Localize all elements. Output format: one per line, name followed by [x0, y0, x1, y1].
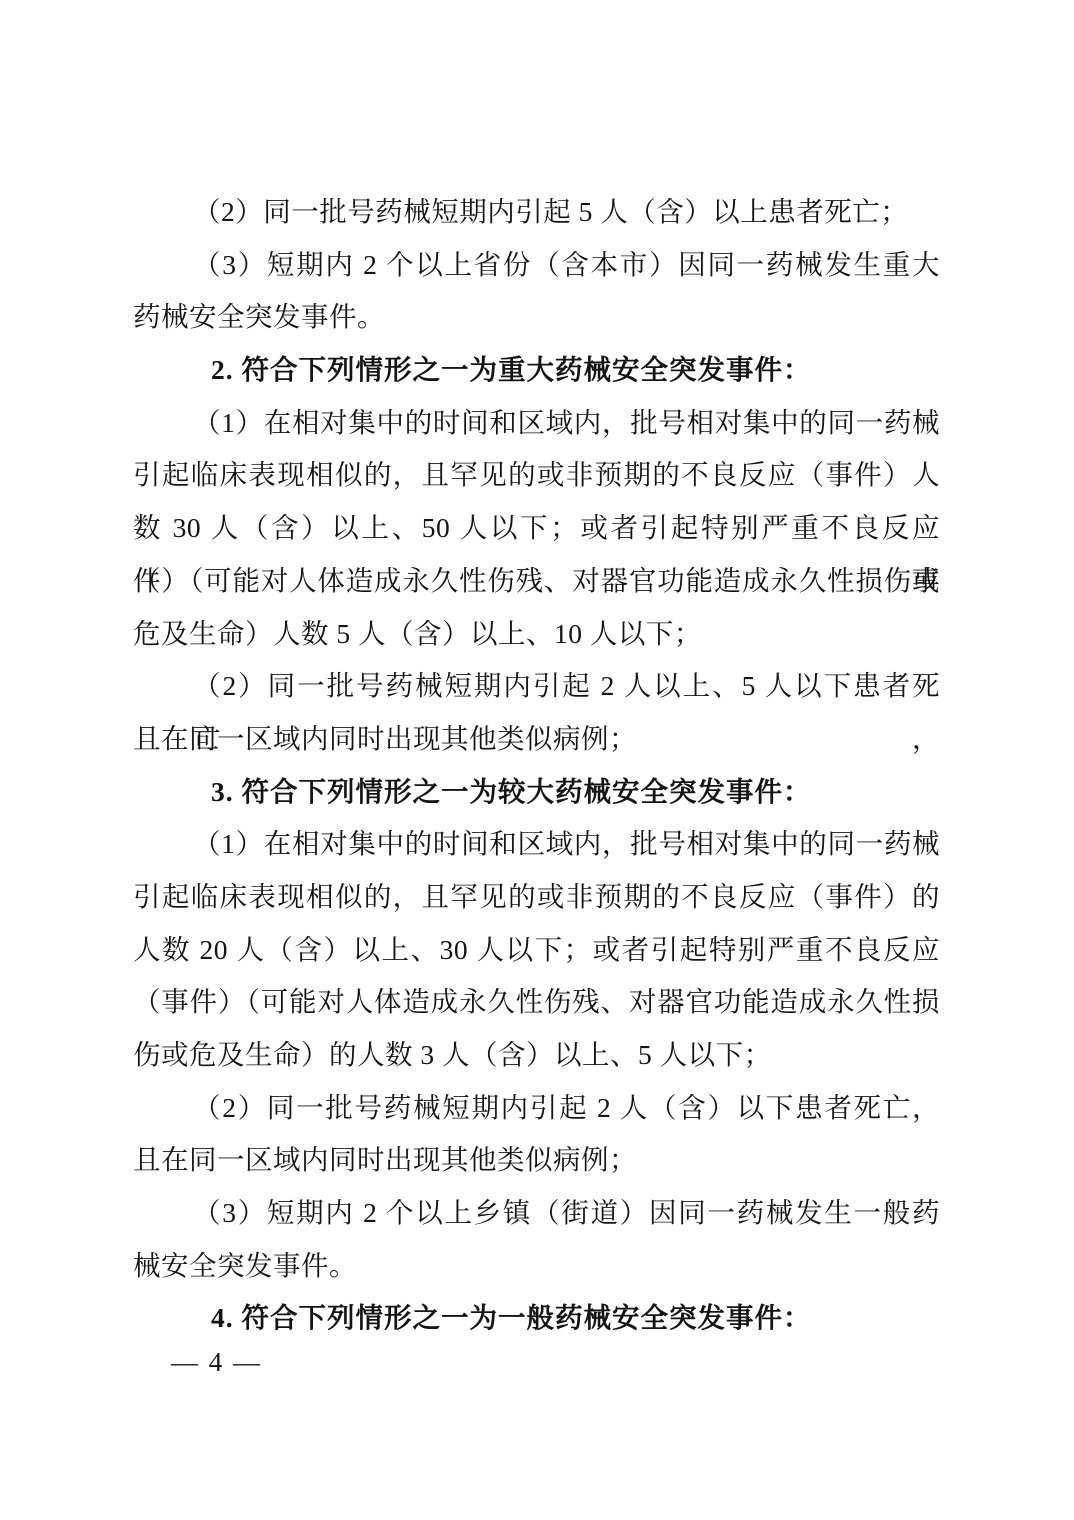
- section-heading: 4. 符合下列情形之一为一般药械安全突发事件：: [133, 1292, 940, 1345]
- text-line: 危及生命）人数 5 人（含）以上、10 人以下；: [133, 608, 940, 661]
- text-line: （2）同一批号药械短期内引起 2 人以上、5 人以下患者死亡，: [133, 660, 940, 713]
- text-line: 人数 20 人（含）以上、30 人以下；或者引起特别严重不良反应: [133, 924, 940, 977]
- text-line: （3）短期内 2 个以上乡镇（街道）因同一药械发生一般药: [133, 1187, 940, 1240]
- section-heading: 2. 符合下列情形之一为重大药械安全突发事件：: [133, 344, 940, 397]
- text-line: 且在同一区域内同时出现其他类似病例；: [133, 1134, 940, 1187]
- text-line: （事件）（可能对人体造成永久性伤残、对器官功能造成永久性损: [133, 976, 940, 1029]
- document-body: （2）同一批号药械短期内引起 5 人（含）以上患者死亡； （3）短期内 2 个以…: [133, 186, 940, 1345]
- text-line: 械安全突发事件。: [133, 1240, 940, 1293]
- section-heading: 3. 符合下列情形之一为较大药械安全突发事件：: [133, 766, 940, 819]
- text-line: 件）（可能对人体造成永久性伤残、对器官功能造成永久性损伤或: [133, 555, 940, 608]
- text-line: （2）同一批号药械短期内引起 2 人（含）以下患者死亡，: [133, 1082, 940, 1135]
- text-line: （1）在相对集中的时间和区域内，批号相对集中的同一药械: [133, 397, 940, 450]
- text-line: （2）同一批号药械短期内引起 5 人（含）以上患者死亡；: [133, 186, 940, 239]
- text-line: 引起临床表现相似的，且罕见的或非预期的不良反应（事件）人: [133, 449, 940, 502]
- page-number: — 4 —: [171, 1342, 262, 1382]
- text-line: 伤或危及生命）的人数 3 人（含）以上、5 人以下；: [133, 1029, 940, 1082]
- text-line: 药械安全突发事件。: [133, 291, 940, 344]
- document-page: （2）同一批号药械短期内引起 5 人（含）以上患者死亡； （3）短期内 2 个以…: [0, 0, 1074, 1520]
- text-line: 数 30 人（含）以上、50 人以下；或者引起特别严重不良反应（事: [133, 502, 940, 555]
- text-line: （3）短期内 2 个以上省份（含本市）因同一药械发生重大: [133, 239, 940, 292]
- text-line: 引起临床表现相似的，且罕见的或非预期的不良反应（事件）的: [133, 871, 940, 924]
- text-line: （1）在相对集中的时间和区域内，批号相对集中的同一药械: [133, 818, 940, 871]
